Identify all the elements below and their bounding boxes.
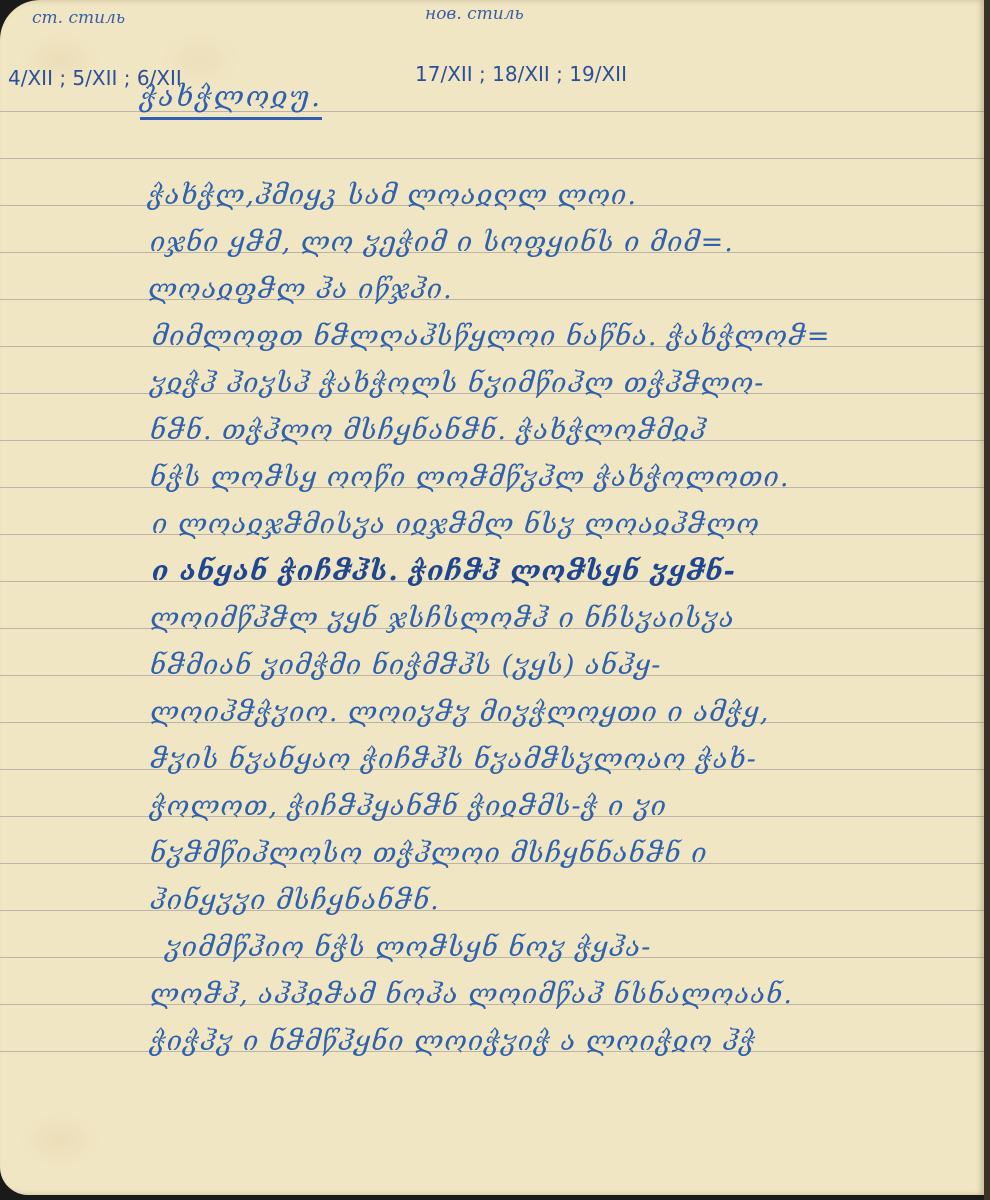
- text-line: იჯნი ყჵმ, ლო ჳეჭიმ ი სოფყინს ი მიმ=.: [150, 227, 734, 258]
- text-line: ჭიჭჰჳ ი ნჵმწჰყნი ლოიჭჳიჭ ა ლოიჭჲო ჰჭ: [150, 1026, 756, 1057]
- text-line: ჰინყჳჳი მსჩყნანჵნ.: [150, 885, 440, 916]
- new-style-label: нов. стиль: [425, 4, 524, 24]
- text-line: ი ანყან ჭიჩჵჰს. ჭიჩჵჰ ლოჵსყნ ჳყჵნ-: [152, 556, 736, 587]
- page-title: ჭახჭლოჲუ.: [140, 80, 322, 120]
- text-line: ნჵნ. თჭჰლო მსჩყნანჵნ. ჭახჭლოჵმჲჰ: [150, 415, 707, 446]
- text-line: ლოიმწჰჵლ ჳყნ ჯსჩსლოჵჰ ი ნჩსჳაისჳა: [150, 603, 735, 634]
- text-line: ჳჲჭჰ ჰიჳსჰ ჭახჭოლს ნჳიმწიჰლ თჭჰჵლო-: [150, 368, 764, 399]
- text-line: ი ლოაჲჯჵმისჳა იჲჯჵმლ ნსჳ ლოაჲჰჵლო: [152, 509, 760, 540]
- text-line: ლოიჰჵჭჳიო. ლოიჳჵჳ მიჳჭლოყთი ი ამჭყ,: [150, 697, 769, 728]
- notebook-page: ст. стиль нов. стиль 4/XII ; 5/XII ; 6/X…: [0, 0, 985, 1195]
- text-line: ჵჳის ნჳანყაო ჭიჩჵჰს ნჳამჵსჳლოაო ჭახ-: [150, 744, 757, 775]
- text-line: ჳიმმწჰიო ნჭს ლოჵსყნ ნოჳ ჭყჰა-: [165, 932, 651, 963]
- text-line: ჭოლოთ, ჭიჩჵჰყანჵნ ჭიჲჵმს-ჭ ი ჳი: [150, 791, 667, 822]
- text-line: ლოჵჰ, აჰჰჲჵამ ნოჰა ლოიმწაჰ ნსნალოაან.: [150, 979, 793, 1010]
- old-style-label: ст. стиль: [32, 8, 125, 28]
- text-line: ნჳჵმწიჰლოსო თჭჰლოი მსჩყნნანჵნ ი: [150, 838, 708, 869]
- notebook-spine-edge: [984, 0, 990, 1200]
- text-line: მიმლოფთ ნჵლღაჰსწყლოი ნაწნა. ჭახჭლოჵ=: [152, 321, 830, 352]
- text-line: ნჵმიან ჳიმჭმი ნიჭმჵჰს (ჳყს) ანჰყ-: [150, 650, 661, 681]
- text-line: ლოაჲფჵლ ჰა იწჯჰი.: [148, 274, 453, 305]
- text-line: ჭახჭლ,ჰმიყკ სამ ლოაჲღლ ლოი.: [148, 180, 637, 211]
- text-line: ნჭს ლოჵსყ ოოწი ლოჵმწჳჰლ ჭახჭოლოთი.: [150, 462, 789, 493]
- new-style-dates: 17/XII ; 18/XII ; 19/XII: [415, 62, 627, 86]
